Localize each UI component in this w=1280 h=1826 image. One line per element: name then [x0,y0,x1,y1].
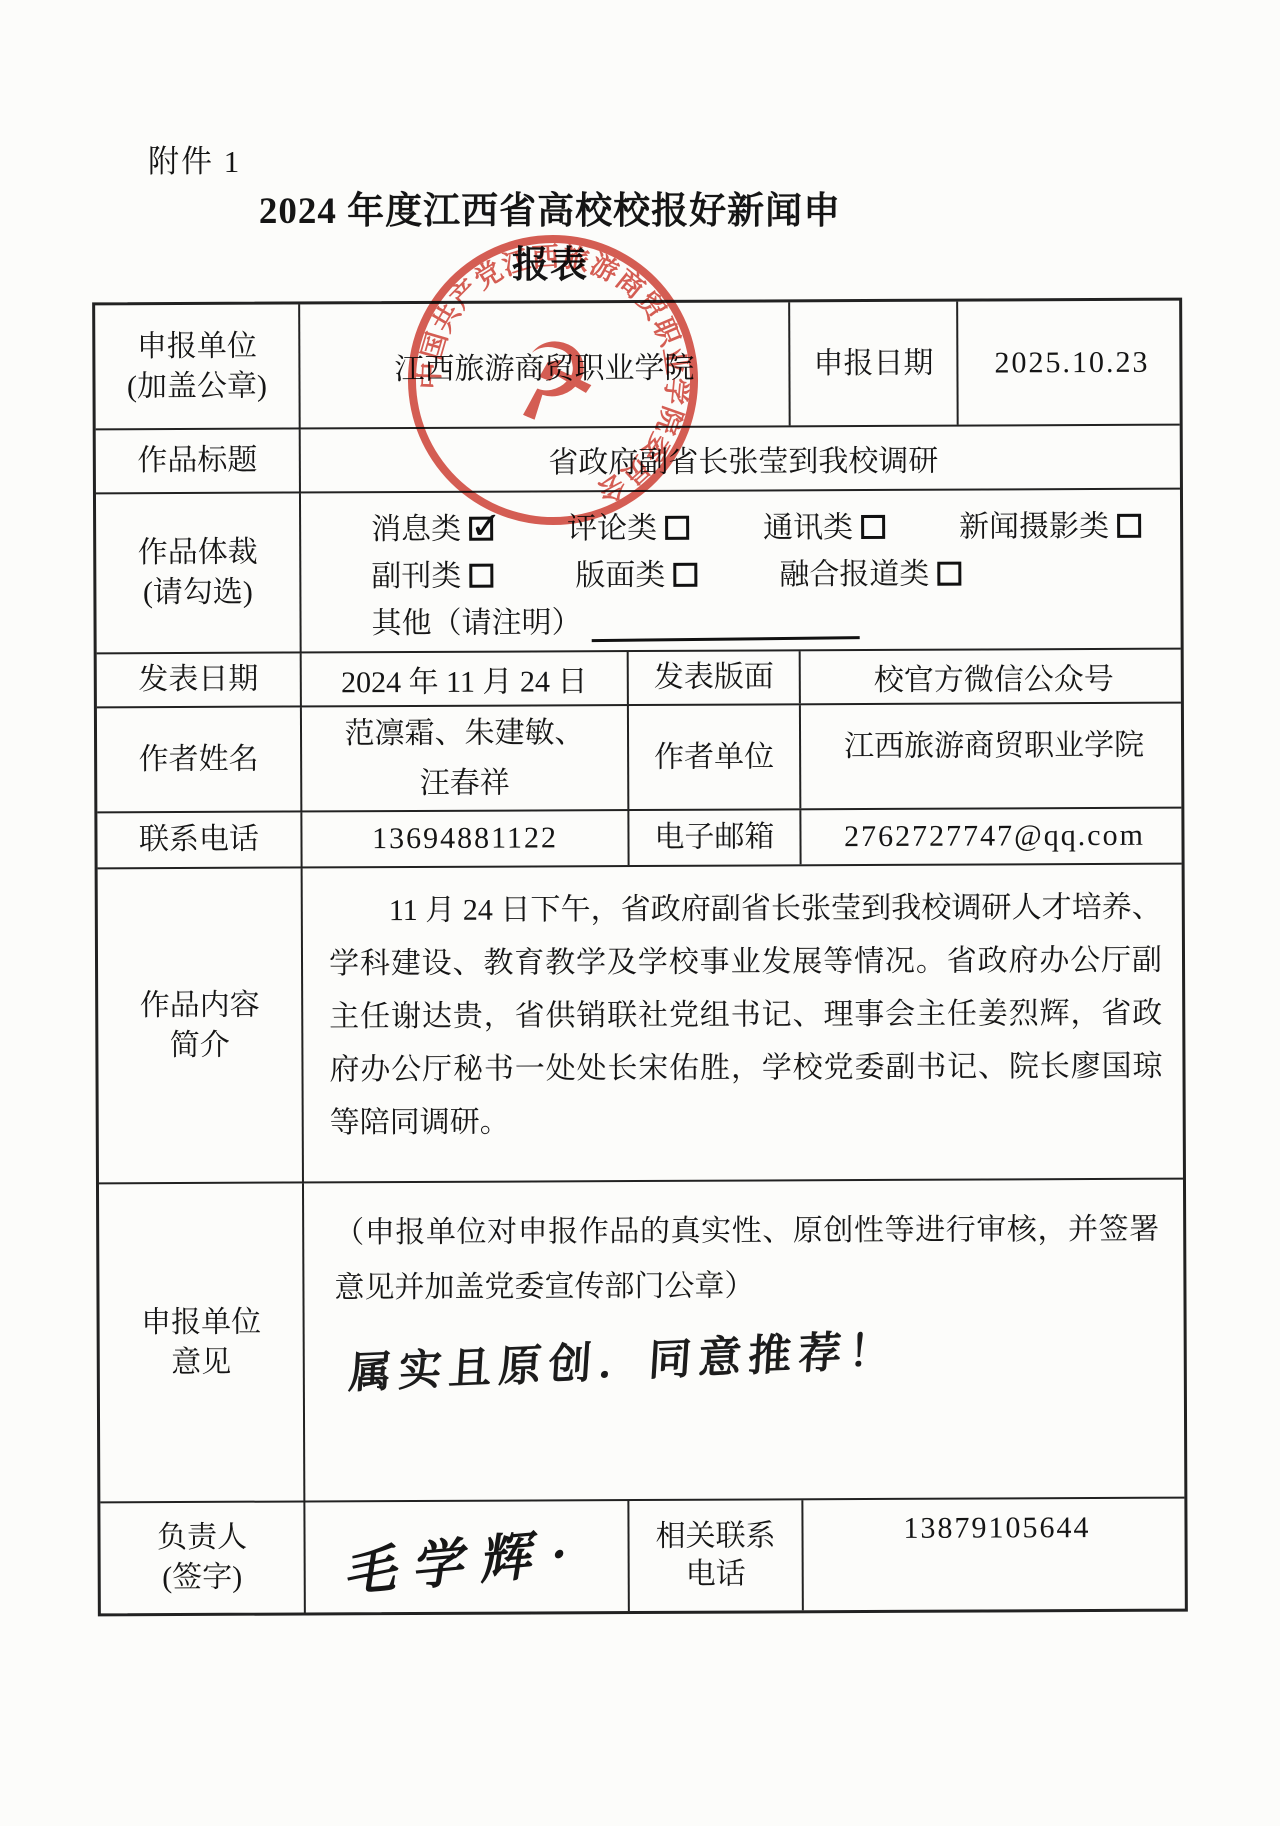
row-summary: 作品内容 简介 11 月 24 日下午，省政府副省长张莹到我校调研人才培养、学科… [98,865,1183,1185]
application-table: 申报单位 (加盖公章) 江西旅游商贸职业学院 申报日期 2025.10.23 作… [92,298,1188,1617]
row-unit: 申报单位 (加盖公章) 江西旅游商贸职业学院 申报日期 2025.10.23 [95,301,1180,431]
opinion-label: 申报单位 意见 [99,1183,305,1501]
head-label-line2: (签字) [162,1558,242,1598]
row-publish: 发表日期 2024 年 11 月 24 日 发表版面 校官方微信公众号 [97,650,1181,709]
title-value: 省政府副省长张莹到我校调研 [301,426,1186,492]
opinion-label-line2: 意见 [171,1342,231,1382]
author-unit-label: 作者单位 [629,705,801,809]
genre-line-2: 副刊类 版面类 融合报道类 [371,548,1158,595]
row-contact: 联系电话 13694881122 电子邮箱 2762727747@qq.com [97,809,1181,870]
related-phone-label-line1: 相关联系 [655,1517,775,1556]
genre-option: 通讯类 [763,502,885,547]
related-phone-label-line2: 电话 [686,1556,746,1594]
title-label: 作品标题 [96,429,301,492]
summary-cell: 11 月 24 日下午，省政府副省长张莹到我校调研人才培养、学科建设、教育教学及… [303,865,1189,1182]
genre-option: 版面类 [575,550,697,595]
opinion-handwriting: 属实且原创．同意推荐！ [347,1316,900,1401]
publish-date-label: 发表日期 [97,653,302,706]
genre-option: 融合报道类 [779,549,961,594]
unit-label: 申报单位 (加盖公章) [95,304,301,428]
head-signature: 毛学辉· [343,1508,591,1606]
opinion-note: （申报单位对申报作品的真实性、原创性等进行审核，并签署意见并加盖党委宣传部门公章… [334,1202,1159,1316]
checkbox-icon [469,564,493,588]
genre-option: 评论类 [567,503,689,548]
checkbox-icon [1117,514,1141,538]
summary-text: 11 月 24 日下午，省政府副省长张莹到我校调研人才培养、学科建设、教育教学及… [329,881,1163,1150]
email-value: 2762727747@qq.com [801,809,1187,865]
blank-underline [591,609,859,642]
unit-value: 江西旅游商贸职业学院 [300,302,791,427]
checkbox-icon [665,516,689,540]
publish-page-value: 校官方微信公众号 [801,650,1187,704]
unit-label-line1: 申报单位 [137,326,257,367]
genre-options: 消息类 评论类 通讯类 新闻摄影类 副刊类 版面类 融合报道类 其他（请注明） [301,490,1187,652]
genre-line-1: 消息类 评论类 通讯类 新闻摄影类 [371,501,1158,548]
checkbox-icon [673,563,697,587]
row-responsible: 负责人 (签字) 毛学辉· 相关联系 电话 13879105644 [100,1499,1184,1614]
genre-label: 作品体裁 (请勾选) [96,493,302,652]
genre-label-line1: 作品体裁 [138,533,258,574]
genre-option: 新闻摄影类 [959,501,1141,546]
email-label: 电子邮箱 [629,810,801,865]
head-label-line1: 负责人 [157,1518,247,1558]
author-label: 作者姓名 [97,707,302,811]
related-phone-label: 相关联系 电话 [629,1500,803,1611]
genre-other-label: 其他（请注明） [371,597,581,642]
author-value: 范凛霜、朱建敏、汪春祥 [302,706,629,810]
form-title: 2024 年度江西省高校校报好新闻申报表 [240,180,860,288]
row-opinion: 申报单位 意见 （申报单位对申报作品的真实性、原创性等进行审核，并签署意见并加盖… [99,1180,1184,1504]
checkbox-icon [937,562,961,586]
genre-other: 其他（请注明） [371,596,859,642]
head-signature-cell: 毛学辉· [305,1501,629,1612]
opinion-cell: （申报单位对申报作品的真实性、原创性等进行审核，并签署意见并加盖党委宣传部门公章… [304,1180,1190,1501]
checkbox-icon [861,515,885,539]
genre-option: 副刊类 [371,551,493,596]
summary-label-line1: 作品内容 [140,985,260,1026]
opinion-label-line1: 申报单位 [141,1302,261,1343]
phone-value: 13694881122 [302,811,629,866]
scanned-form-page: 附件 1 2024 年度江西省高校校报好新闻申报表 申报单位 (加盖公章) 江西… [0,0,1280,1826]
genre-option: 消息类 [371,504,493,549]
related-phone-value: 13879105644 [803,1499,1190,1611]
row-genre: 作品体裁 (请勾选) 消息类 评论类 通讯类 新闻摄影类 副刊类 版面类 融合报… [96,490,1181,655]
summary-label: 作品内容 简介 [98,868,304,1182]
checkbox-checked-icon [469,517,493,541]
row-author: 作者姓名 范凛霜、朱建敏、汪春祥 作者单位 江西旅游商贸职业学院 [97,704,1181,814]
genre-label-line2: (请勾选) [143,573,253,613]
row-title: 作品标题 省政府副省长张莹到我校调研 [96,426,1180,495]
publish-page-label: 发表版面 [629,651,801,704]
attachment-label: 附件 1 [148,136,241,181]
date-label: 申报日期 [790,302,959,426]
unit-label-line2: (加盖公章) [127,366,267,407]
summary-label-line2: 简介 [170,1025,230,1065]
publish-date-value: 2024 年 11 月 24 日 [302,652,629,705]
author-unit-value: 江西旅游商贸职业学院 [801,704,1187,809]
phone-label: 联系电话 [97,812,302,867]
date-value: 2025.10.23 [958,301,1186,425]
head-label: 负责人 (签字) [100,1502,305,1613]
